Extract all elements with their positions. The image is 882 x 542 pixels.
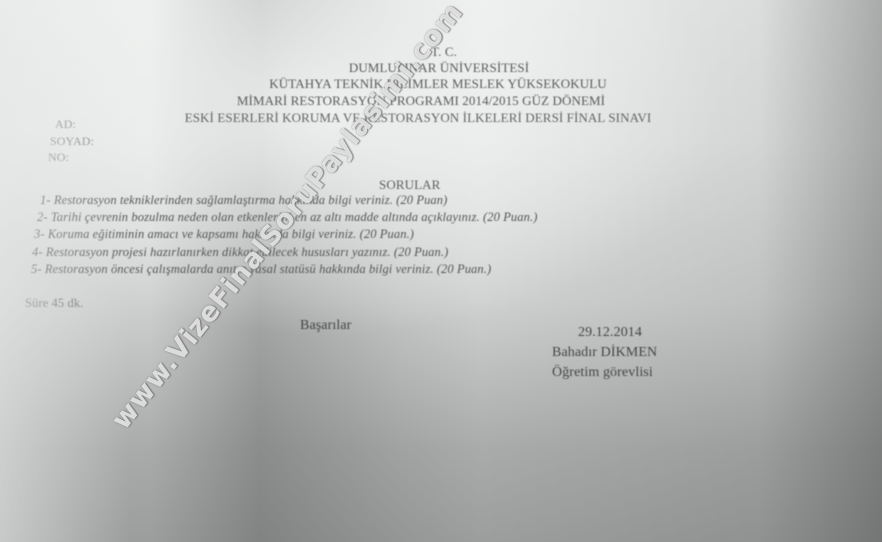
header-exam-title: ESKİ ESERLERİ KORUMA VE RESTORASYON İLKE… [0,110,859,126]
name-label: AD: [55,117,76,132]
signature-date: 29.12.2014 [578,325,642,341]
surname-label: SOYAD: [50,134,94,149]
signature-name: Bahadır DİKMEN [552,345,657,361]
header-school: KÜTAHYA TEKNİK BİLİMLER MESLEK YÜKSEKOKU… [0,76,879,92]
question-1: 1- Restorasyon tekniklerinden sağlamlaşt… [40,193,447,208]
exam-paper-photo: T. C. DUMLUPINAR ÜNİVERSİTESİ KÜTAHYA TE… [0,0,882,542]
questions-title: SORULAR [379,177,440,193]
exam-duration: Süre 45 dk. [25,296,83,311]
number-label: NO: [48,150,69,165]
header-university: DUMLUPINAR ÜNİVERSİTESİ [0,60,880,76]
header-program: MİMARİ RESTORASYON PROGRAMI 2014/2015 GÜ… [0,93,862,109]
closing-text: Başarılar [300,318,351,334]
signature-title: Öğretim görevlisi [552,365,653,381]
question-3: 3- Koruma eğitiminin amacı ve kapsamı ha… [34,227,414,242]
